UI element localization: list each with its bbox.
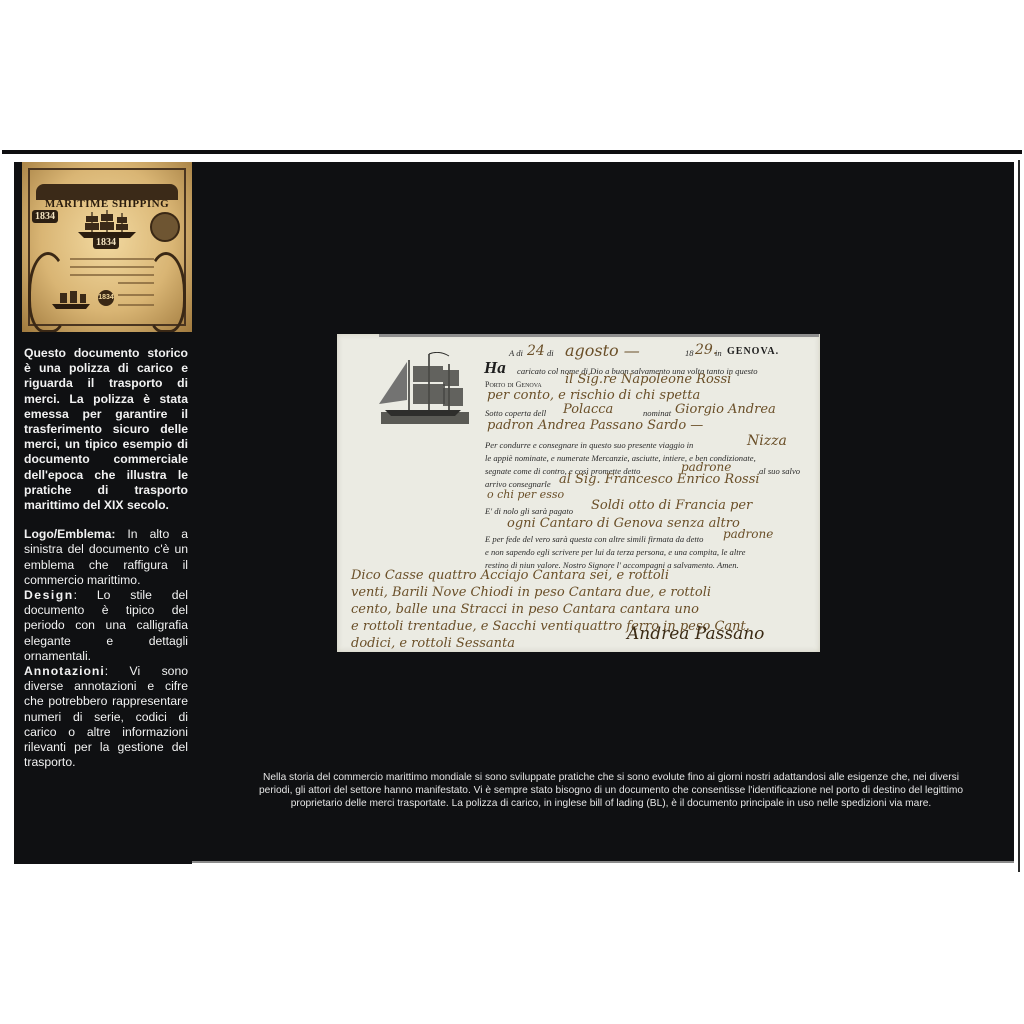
caption-line: proprietario delle merci trasportate. La… bbox=[228, 797, 994, 810]
section-design: Design: Lo stile del documento è tipico … bbox=[24, 588, 188, 664]
cargo-line: cento, balle una Stracci in peso Cantara… bbox=[351, 602, 699, 617]
cargo-line: dodici, e rottoli Sessanta bbox=[351, 636, 515, 651]
signature: Andrea Passano bbox=[627, 624, 764, 644]
date-of: di bbox=[547, 348, 554, 358]
section-annotations: Annotazioni: Vi sono diverse annotazioni… bbox=[24, 664, 188, 770]
small-ship-icon bbox=[50, 290, 92, 310]
handwritten-freight: Soldi otto di Francia per bbox=[591, 498, 752, 513]
script-line bbox=[70, 258, 154, 260]
printed-line: E' di nolo gli sarà pagato bbox=[485, 506, 573, 516]
handwritten-account: per conto, e rischio di chi spetta bbox=[487, 388, 700, 403]
section-label: Logo/Emblema: bbox=[24, 527, 115, 541]
top-rule bbox=[2, 150, 1022, 154]
date-day: 24 bbox=[527, 343, 545, 359]
section-label: Design bbox=[24, 588, 74, 602]
printed-line: al suo salvo bbox=[759, 466, 800, 476]
certificate-title: MARITIME SHIPPING bbox=[22, 198, 192, 210]
date-prefix: A di bbox=[509, 348, 523, 358]
handwritten-destination: Nizza bbox=[747, 433, 787, 449]
initial-letter: Ha bbox=[484, 358, 506, 378]
caption-line: Nella storia del commercio marittimo mon… bbox=[228, 771, 994, 784]
printed-line: Per condurre e consegnare in questo suo … bbox=[485, 440, 693, 450]
cargo-line: venti, Barili Nove Chiodi in peso Cantar… bbox=[351, 585, 711, 600]
certificate-year-left: 1834 bbox=[32, 210, 58, 223]
caption-line: periodi, gli attori del settore hanno ma… bbox=[228, 784, 994, 797]
certificate-seal bbox=[150, 212, 180, 242]
printed-line: E per fede del vero sarà questa con altr… bbox=[485, 534, 703, 544]
section-label: Annotazioni bbox=[24, 664, 105, 678]
certificate-small-seal: 1834 bbox=[98, 290, 114, 306]
printed-line: Sotto coperta dell bbox=[485, 408, 546, 418]
maritime-shipping-certificate-image: MARITIME SHIPPING 1834 1834 1834 bbox=[22, 162, 192, 332]
handwritten-vessel-type: Polacca bbox=[563, 402, 613, 417]
handwritten-consignee-2: o chi per esso bbox=[487, 488, 564, 501]
page-edge bbox=[1018, 160, 1020, 872]
ship-engraving-icon bbox=[377, 352, 471, 426]
panel-shadow bbox=[192, 861, 1014, 863]
caption: Nella storia del commercio marittimo mon… bbox=[228, 771, 994, 810]
certificate-year-banner: 1834 bbox=[93, 236, 119, 249]
document-top-strip bbox=[379, 334, 819, 337]
year-prefix: 18 bbox=[685, 348, 694, 358]
printed-line: nominat bbox=[643, 408, 671, 418]
ornament-right bbox=[146, 252, 186, 332]
city-prefix: in bbox=[715, 348, 722, 358]
section-logo: Logo/Emblema: In alto a sinistra del doc… bbox=[24, 527, 188, 588]
description-column: Questo documento storico è una polizza d… bbox=[24, 346, 188, 770]
handwritten-master: padron Andrea Passano Sardo — bbox=[487, 418, 703, 433]
handwritten-consignee: al Sig. Francesco Enrico Rossi bbox=[559, 472, 760, 487]
handwritten-freight-2: ogni Cantaro di Genova senza altro bbox=[507, 516, 740, 531]
cargo-line: Dico Casse quattro Acciajo Cantara sei, … bbox=[351, 568, 669, 583]
intro-paragraph: Questo documento storico è una polizza d… bbox=[24, 346, 188, 513]
script-line bbox=[70, 266, 154, 268]
year-suffix: 29. bbox=[695, 342, 717, 358]
printed-line: e non sapendo egli scrivere per lui da t… bbox=[485, 547, 745, 557]
handwritten-shipper: il Sig.re Napoleone Rossi bbox=[565, 372, 731, 387]
handwritten-vessel-name: Giorgio Andrea bbox=[675, 402, 776, 417]
panel-left-extension bbox=[14, 855, 192, 864]
section-text: : Vi sono diverse annotazioni e cifre ch… bbox=[24, 664, 188, 769]
bill-of-lading-document: A di 24 di agosto — 18 29. in GENOVA. Ha… bbox=[337, 334, 820, 652]
date-month: agosto — bbox=[565, 341, 640, 360]
handwritten-signatory: padrone bbox=[723, 527, 773, 541]
city-name: GENOVA. bbox=[727, 346, 779, 357]
script-line bbox=[70, 274, 154, 276]
